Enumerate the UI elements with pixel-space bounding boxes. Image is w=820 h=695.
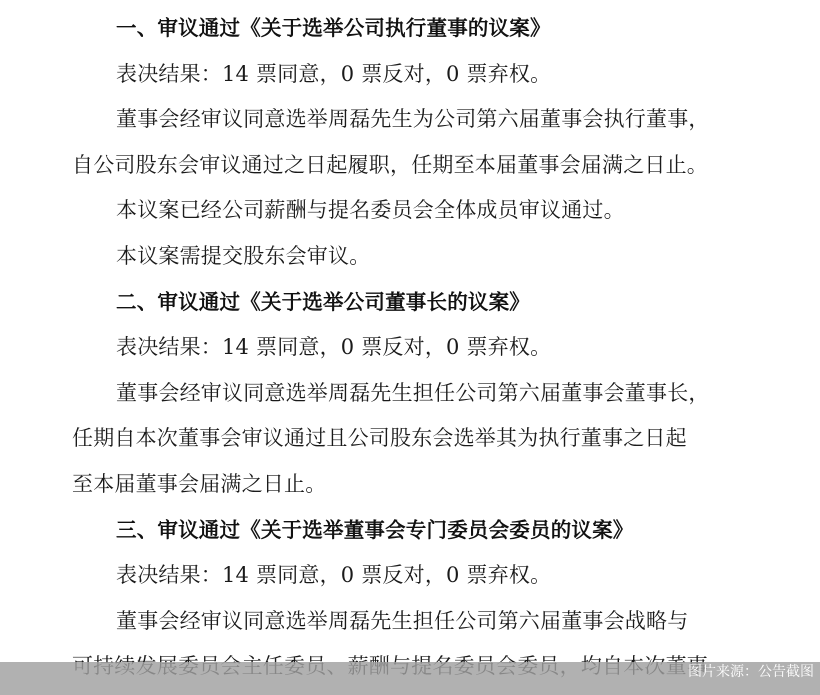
section-1-body-line-2: 自公司股东会审议通过之日起履职，任期至本届董事会届满之日止。 (72, 143, 772, 189)
document-body: 一、审议通过《关于选举公司执行董事的议案》 表决结果：14 票同意，0 票反对，… (72, 6, 772, 690)
section-3-vote-result: 表决结果：14 票同意，0 票反对，0 票弃权。 (72, 553, 772, 599)
section-2-heading: 二、审议通过《关于选举公司董事长的议案》 (72, 280, 772, 326)
section-1-note-2: 本议案需提交股东会审议。 (72, 234, 772, 280)
section-2-body-line-1: 董事会经审议同意选举周磊先生担任公司第六届董事会董事长， (72, 371, 772, 417)
image-source-label: 图片来源：公告截图 (688, 663, 814, 681)
section-1-vote-result: 表决结果：14 票同意，0 票反对，0 票弃权。 (72, 52, 772, 98)
section-3-body-line-1: 董事会经审议同意选举周磊先生担任公司第六届董事会战略与 (72, 599, 772, 645)
section-1-heading: 一、审议通过《关于选举公司执行董事的议案》 (72, 6, 772, 52)
section-2-vote-result: 表决结果：14 票同意，0 票反对，0 票弃权。 (72, 325, 772, 371)
section-3-heading: 三、审议通过《关于选举董事会专门委员会委员的议案》 (72, 508, 772, 554)
section-1-body-line-1: 董事会经审议同意选举周磊先生为公司第六届董事会执行董事， (72, 97, 772, 143)
section-2-body-line-2: 任期自本次董事会审议通过且公司股东会选举其为执行董事之日起 (72, 416, 772, 462)
section-2-body-line-3: 至本届董事会届满之日止。 (72, 462, 772, 508)
section-1-note-1: 本议案已经公司薪酬与提名委员会全体成员审议通过。 (72, 188, 772, 234)
